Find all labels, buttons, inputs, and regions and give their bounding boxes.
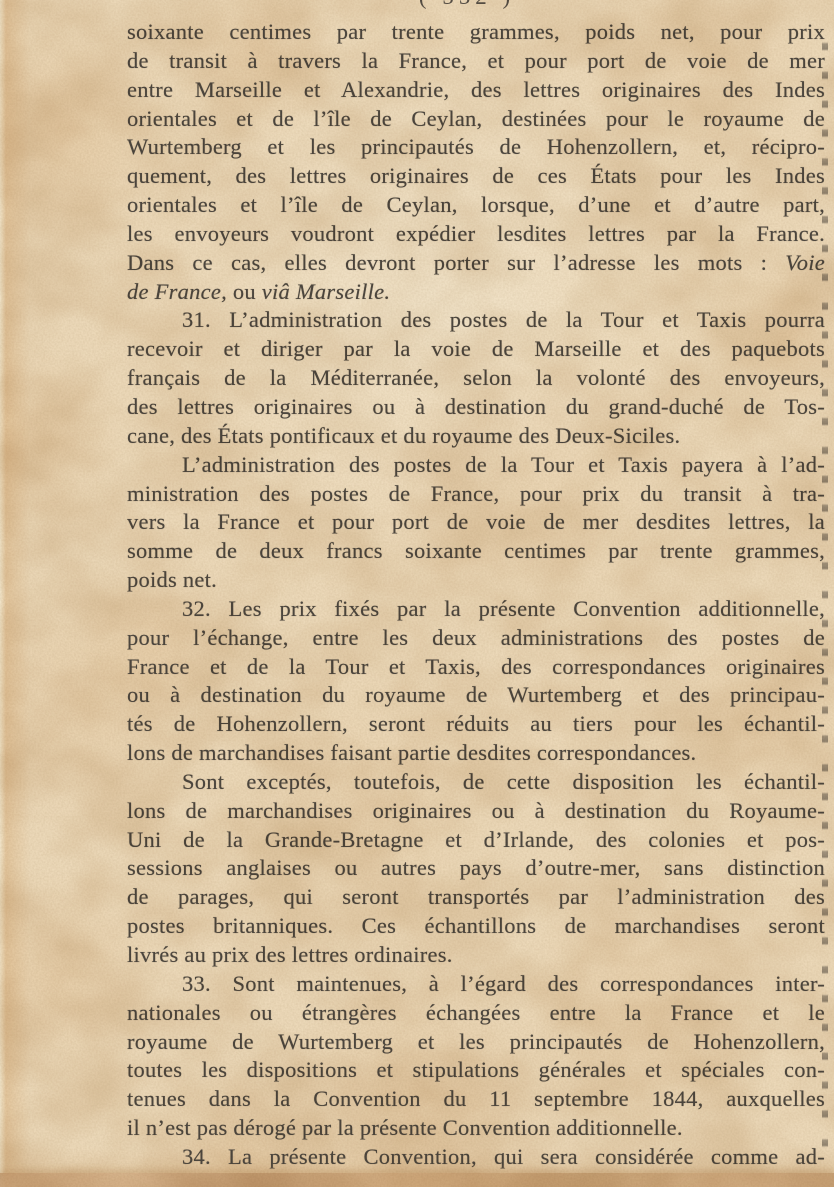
text-line: pour l’échange, entre les deux administr… xyxy=(127,624,825,653)
italic-text: viâ Marseille. xyxy=(262,279,390,304)
text-line: cane, des États pontificaux et du royaum… xyxy=(127,422,825,451)
text-line: postes britanniques. Ces échantillons de… xyxy=(127,912,825,941)
regular-text: Dans ce cas, elles devront porter sur l’… xyxy=(127,250,785,275)
text-line: ministration des postes de France, pour … xyxy=(127,480,825,509)
text-line: vers la France et pour port de voie de m… xyxy=(127,508,825,537)
paragraph: 34. La présente Convention, qui sera con… xyxy=(127,1143,825,1172)
paragraph: 32. Les prix fixés par la présente Conve… xyxy=(127,595,825,768)
text-line: toutes les dispositions et stipulations … xyxy=(127,1056,825,1085)
text-line: 32. Les prix fixés par la présente Conve… xyxy=(127,595,825,624)
text-line: somme de deux francs soixante centimes p… xyxy=(127,537,825,566)
text-line: il n’est pas dérogé par la présente Conv… xyxy=(127,1114,825,1143)
text-line: Sont exceptés, toutefois, de cette dispo… xyxy=(127,768,825,797)
paragraph: L’administration des postes de la Tour e… xyxy=(127,451,825,595)
text-line: nationales ou étrangères échangées entre… xyxy=(127,999,825,1028)
text-line: de parages, qui seront transportés par l… xyxy=(127,883,825,912)
text-line: quement, des lettres originaires de ces … xyxy=(127,162,825,191)
text-line: L’administration des postes de la Tour e… xyxy=(127,451,825,480)
paragraph: Sont exceptés, toutefois, de cette dispo… xyxy=(127,768,825,970)
document-text: soixante centimes par trente grammes, po… xyxy=(127,18,825,1172)
text-line: France et de la Tour et Taxis, des corre… xyxy=(127,653,825,682)
text-line: 31. L’administration des postes de la To… xyxy=(127,306,825,335)
text-line: Uni de la Grande-Bretagne et d’Irlande, … xyxy=(127,826,825,855)
text-line: de France, ou viâ Marseille. xyxy=(127,278,825,307)
text-line: les envoyeurs voudront expédier lesdites… xyxy=(127,220,825,249)
paragraph: soixante centimes par trente grammes, po… xyxy=(127,18,825,306)
text-line: Dans ce cas, elles devront porter sur l’… xyxy=(127,249,825,278)
page-number-text: ( 552 ) xyxy=(419,0,515,9)
italic-text: Voie xyxy=(785,250,825,275)
text-line: tenues dans la Convention du 11 septembr… xyxy=(127,1085,825,1114)
text-line: orientales et de l’île de Ceylan, destin… xyxy=(127,105,825,134)
text-line: recevoir et diriger par la voie de Marse… xyxy=(127,335,825,364)
text-line: soixante centimes par trente grammes, po… xyxy=(127,18,825,47)
italic-text: de France, xyxy=(127,279,227,304)
text-line: ou à destination du royaume de Wurtember… xyxy=(127,681,825,710)
paragraph: 33. Sont maintenues, à l’égard des corre… xyxy=(127,970,825,1143)
text-line: lons de marchandises faisant partie desd… xyxy=(127,739,825,768)
text-line: 34. La présente Convention, qui sera con… xyxy=(127,1143,825,1172)
scanned-page: ( 552 ) soixante centimes par trente gra… xyxy=(0,0,834,1187)
text-line: lons de marchandises originaires ou à de… xyxy=(127,797,825,826)
text-line: de transit à travers la France, et pour … xyxy=(127,47,825,76)
adjacent-page-text-fragments xyxy=(822,26,828,1163)
text-line: français de la Méditerranée, selon la vo… xyxy=(127,364,825,393)
paragraph: 31. L’administration des postes de la To… xyxy=(127,306,825,450)
text-line: royaume de Wurtemberg et les principauté… xyxy=(127,1028,825,1057)
text-line: livrés au prix des lettres ordinaires. xyxy=(127,941,825,970)
text-line: 33. Sont maintenues, à l’égard des corre… xyxy=(127,970,825,999)
text-line: tés de Hohenzollern, seront réduits au t… xyxy=(127,710,825,739)
text-line: entre Marseille et Alexandrie, des lettr… xyxy=(127,76,825,105)
regular-text: ou xyxy=(227,279,262,304)
bottom-edge-shadow xyxy=(0,1173,834,1187)
page-number-partial: ( 552 ) xyxy=(0,0,834,10)
text-line: poids net. xyxy=(127,566,825,595)
text-line: Wurtemberg et les principautés de Hohenz… xyxy=(127,133,825,162)
text-line: sessions anglaises ou autres pays d’outr… xyxy=(127,854,825,883)
text-line: orientales et l’île de Ceylan, lorsque, … xyxy=(127,191,825,220)
text-line: des lettres originaires ou à destination… xyxy=(127,393,825,422)
